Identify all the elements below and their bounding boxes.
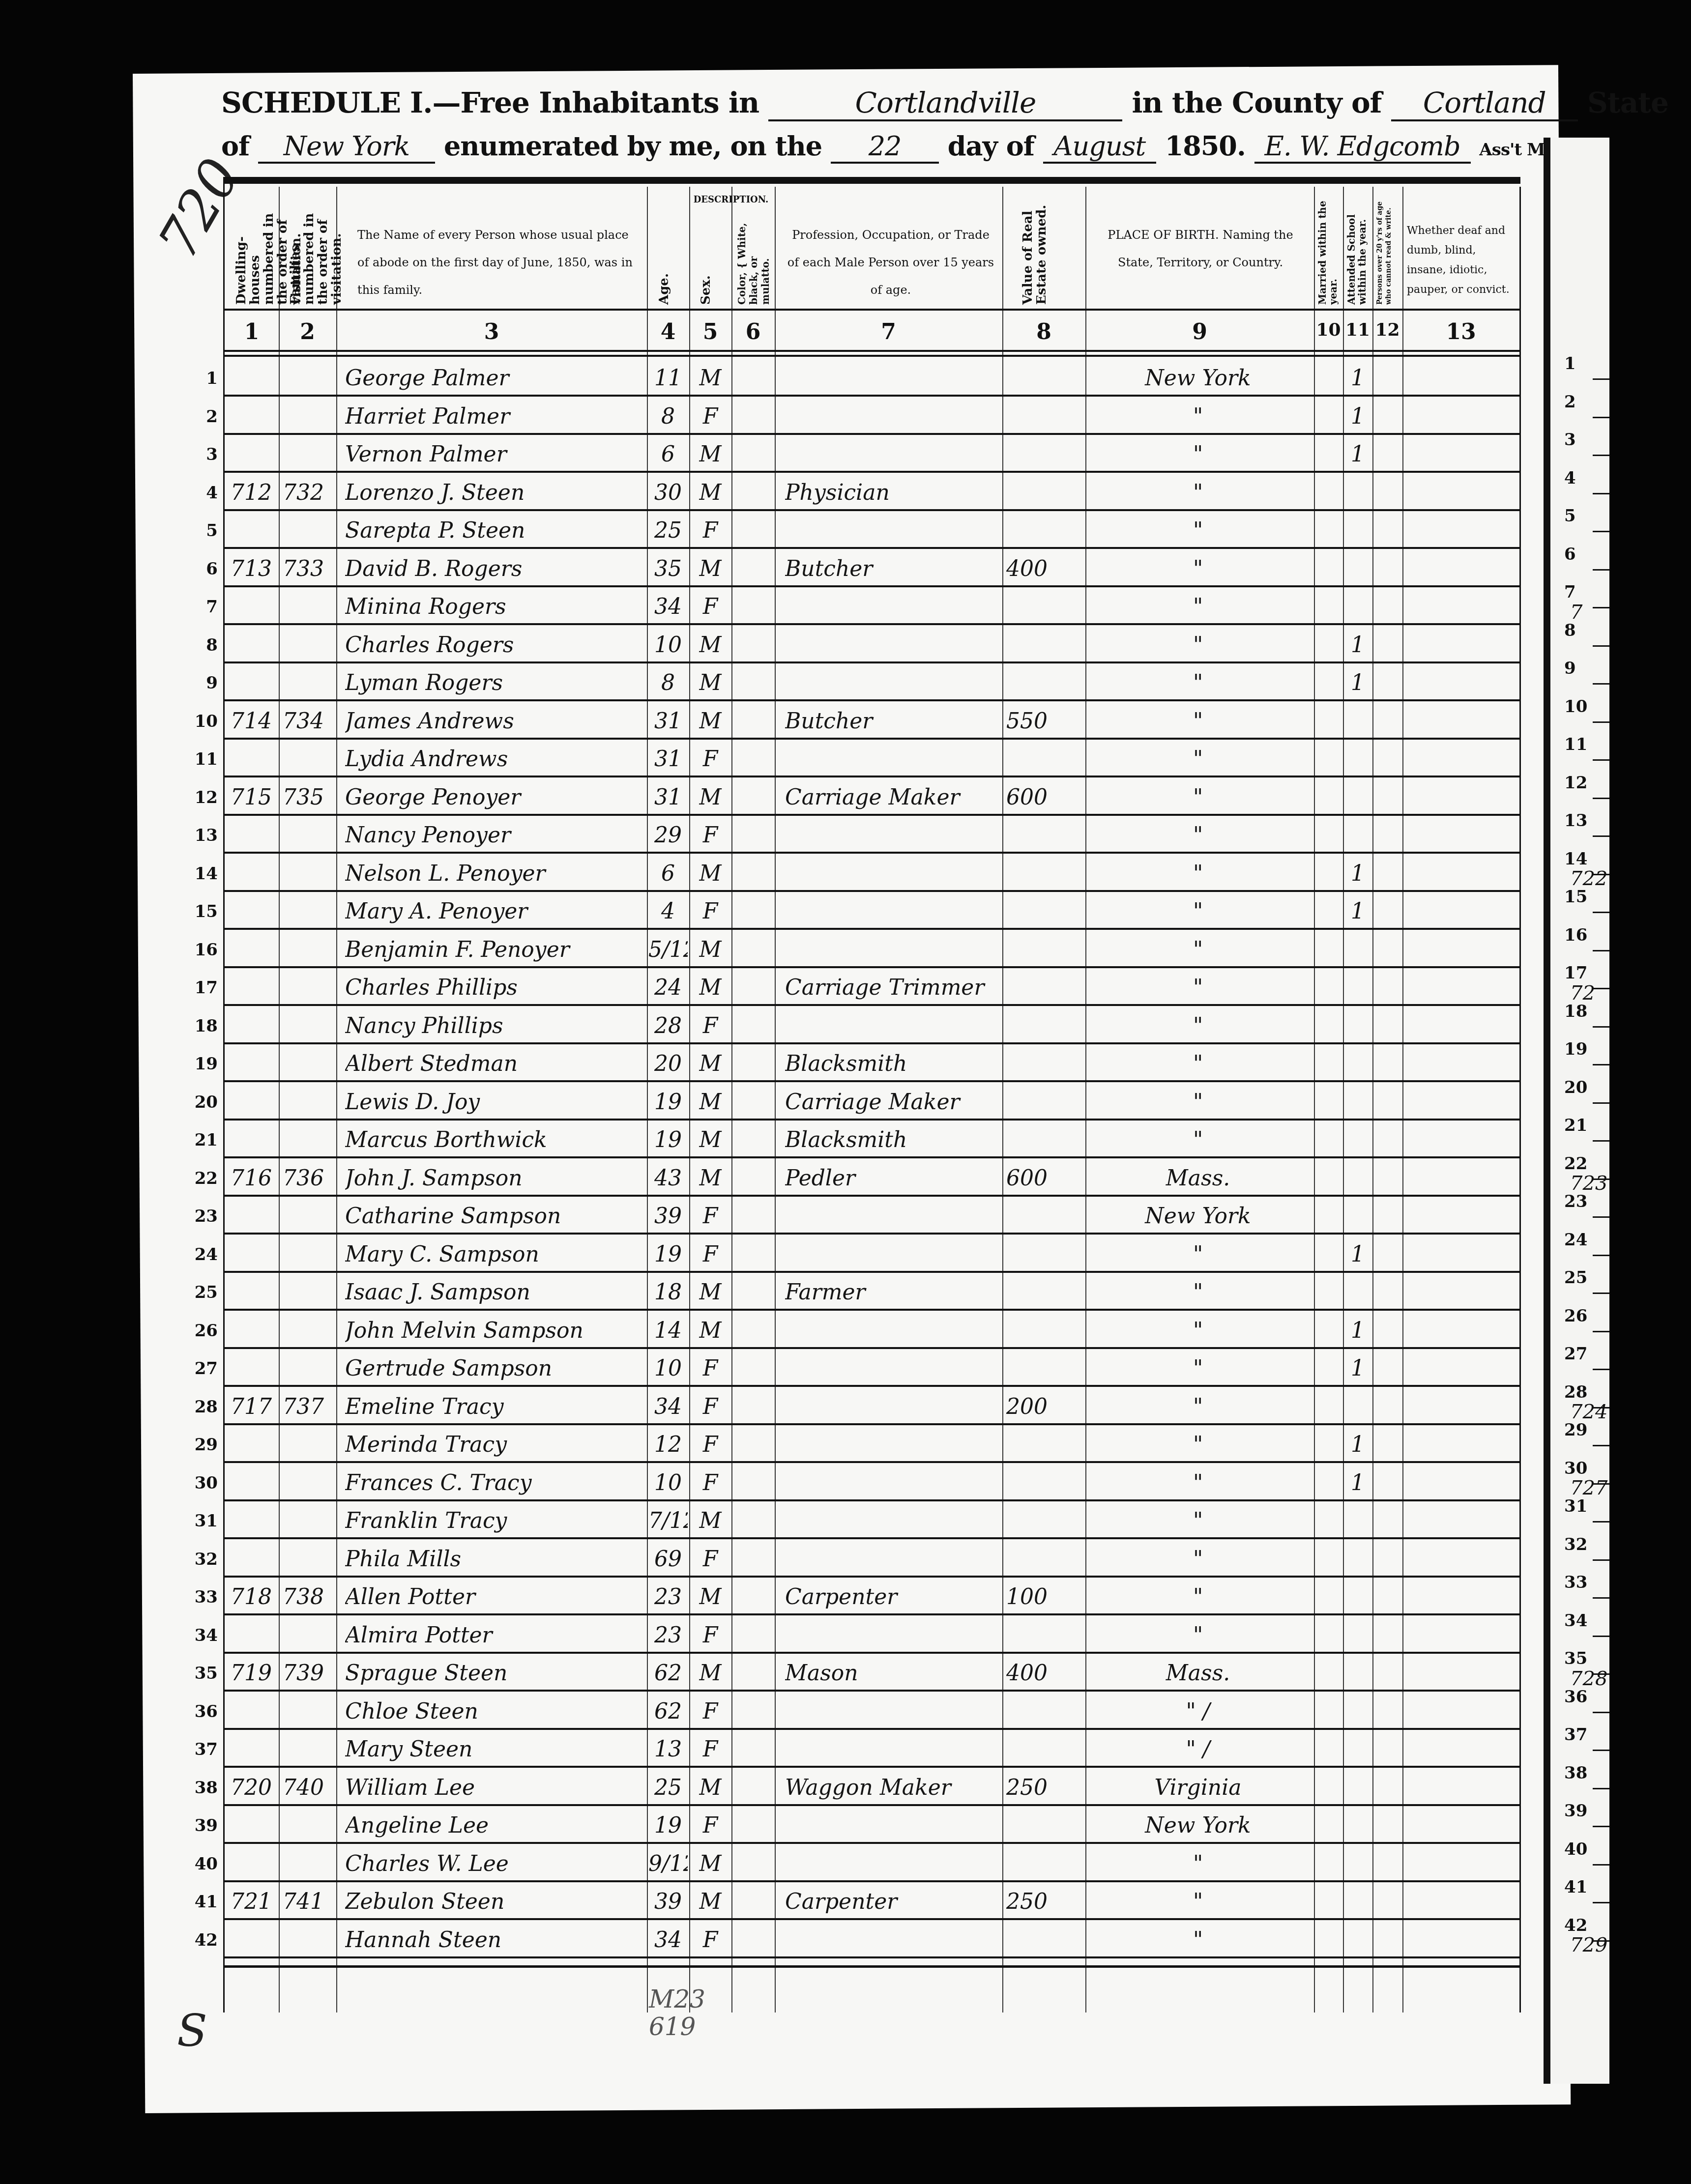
person-name: Franklin Tracy (345, 1508, 640, 1538)
family-number (283, 1127, 337, 1157)
birthplace: " (1090, 1051, 1306, 1081)
attended-school (1343, 785, 1372, 814)
adjacent-dwelling-note: 722 (1570, 867, 1607, 890)
attended-school (1343, 1813, 1372, 1842)
age: 25 (648, 518, 688, 547)
attended-school (1343, 1699, 1372, 1728)
dwelling-number (231, 1737, 280, 1766)
real-estate-value: 600 (1006, 1166, 1080, 1195)
real-estate-value (1006, 1623, 1080, 1652)
real-estate-value: 550 (1006, 709, 1080, 738)
real-estate-value (1006, 1318, 1080, 1348)
dwelling-number (231, 1470, 280, 1500)
colnum-6: 6 (731, 319, 775, 345)
attended-school (1343, 1090, 1372, 1119)
birthplace: New York (1090, 1204, 1306, 1233)
sex: F (691, 1547, 730, 1576)
adjacent-line-number: 2 (1564, 392, 1576, 412)
header-dwelling: Dwelling-houses numbered in the order of… (234, 192, 278, 305)
age: 19 (648, 1090, 688, 1119)
colnum-rule-bottom (225, 355, 1520, 357)
line-number: 30 (190, 1473, 218, 1493)
dwelling-number (231, 1051, 280, 1081)
age: 7/12 (648, 1508, 688, 1538)
birthplace: New York (1090, 366, 1306, 395)
occupation (785, 937, 1001, 967)
header-married: Married within the year. (1317, 192, 1341, 305)
birthplace: " (1090, 1470, 1306, 1500)
dwelling-number (231, 1242, 280, 1271)
family-number (283, 1927, 337, 1957)
attended-school (1343, 480, 1372, 510)
real-estate-value (1006, 1699, 1080, 1728)
header-disability: Whether deaf and dumb, blind, insane, id… (1407, 221, 1517, 300)
occupation (785, 899, 1001, 928)
person-name: Almira Potter (345, 1623, 640, 1652)
real-estate-value (1006, 632, 1080, 662)
colnum-13: 13 (1402, 319, 1519, 345)
county-label: in the County of (1132, 86, 1382, 119)
real-estate-value (1006, 747, 1080, 776)
sex: M (691, 632, 730, 662)
attended-school: 1 (1343, 1470, 1372, 1500)
person-name: Merinda Tracy (345, 1432, 640, 1462)
table-row: 29Merinda Tracy12F"1 (225, 1425, 1520, 1463)
family-number (283, 899, 337, 928)
row-rule (225, 623, 1520, 625)
adjacent-line-number: 9 (1564, 659, 1576, 678)
adjacent-line-number: 22 (1564, 1154, 1587, 1174)
adjacent-line-number: 12 (1564, 773, 1587, 793)
person-name: Allen Potter (345, 1584, 640, 1614)
occupation (785, 442, 1001, 471)
row-rule (225, 776, 1520, 777)
dwelling-number (231, 1013, 280, 1043)
sex: F (691, 1356, 730, 1385)
real-estate-value (1006, 1242, 1080, 1271)
line-number: 40 (190, 1854, 218, 1874)
age: 39 (648, 1204, 688, 1233)
family-number (283, 1547, 337, 1576)
age: 18 (648, 1280, 688, 1309)
sex: M (691, 1775, 730, 1805)
enumerated-label: enumerated by me, on the (444, 130, 822, 162)
adjacent-line-number: 27 (1564, 1344, 1587, 1364)
person-name: Marcus Borthwick (345, 1127, 640, 1157)
adjacent-row-rule (1593, 378, 1609, 380)
attended-school (1343, 1394, 1372, 1424)
attended-school (1343, 937, 1372, 967)
adjacent-line-number: 32 (1564, 1535, 1587, 1554)
sex: M (691, 1280, 730, 1309)
family-number (283, 975, 337, 1005)
dwelling-number (231, 937, 280, 967)
adjacent-line-number: 16 (1564, 925, 1587, 945)
age: 35 (648, 556, 688, 586)
age: 19 (648, 1127, 688, 1157)
family-number (283, 747, 337, 776)
birthplace: " (1090, 594, 1306, 624)
sex: M (691, 785, 730, 814)
table-row: 33718738Allen Potter23MCarpenter100" (225, 1578, 1520, 1615)
adjacent-row-rule (1593, 531, 1609, 532)
dwelling-number (231, 823, 280, 852)
birthplace: " / (1090, 1699, 1306, 1728)
colnum-rule-top (225, 350, 1520, 352)
dwelling-number: 720 (231, 1775, 280, 1805)
header-description: DESCRIPTION. (689, 192, 773, 208)
table-row: 13Nancy Penoyer29F" (225, 816, 1520, 854)
adjacent-row-rule (1593, 1140, 1609, 1142)
attended-school (1343, 1737, 1372, 1766)
sex: M (691, 1851, 730, 1881)
row-rule (225, 1690, 1520, 1692)
line-number: 36 (190, 1702, 218, 1722)
dwelling-number (231, 594, 280, 624)
person-name: Frances C. Tracy (345, 1470, 640, 1500)
table-row: 28717737Emeline Tracy34F200" (225, 1387, 1520, 1425)
row-rule (225, 1423, 1520, 1425)
age: 11 (648, 366, 688, 395)
dwelling-number (231, 861, 280, 891)
real-estate-value (1006, 1851, 1080, 1881)
age: 34 (648, 1927, 688, 1957)
table-row: 18Nancy Phillips28F" (225, 1006, 1520, 1044)
table-row: 14Nelson L. Penoyer6M"1 (225, 854, 1520, 892)
birthplace: " (1090, 861, 1306, 891)
family-number: 737 (283, 1394, 337, 1424)
line-number: 9 (190, 673, 218, 693)
family-number (283, 1013, 337, 1043)
adjacent-dwelling-note: 728 (1570, 1667, 1607, 1690)
table-row: 41721741Zebulon Steen39MCarpenter250" (225, 1882, 1520, 1920)
dwelling-number: 713 (231, 556, 280, 586)
adjacent-row-rule (1593, 1293, 1609, 1294)
family-number (283, 404, 337, 433)
row-rule (225, 471, 1520, 473)
occupation (785, 1623, 1001, 1652)
attended-school: 1 (1343, 366, 1372, 395)
table-row: 20Lewis D. Joy19MCarriage Maker" (225, 1083, 1520, 1121)
birthplace: " (1090, 1280, 1306, 1309)
occupation: Waggon Maker (785, 1775, 1001, 1805)
dwelling-number (231, 404, 280, 433)
adjacent-dwelling-note: 724 (1570, 1401, 1607, 1423)
age: 25 (648, 1775, 688, 1805)
birthplace: " (1090, 1090, 1306, 1119)
real-estate-value: 400 (1006, 1661, 1080, 1690)
age: 8 (648, 670, 688, 700)
person-name: Lewis D. Joy (345, 1090, 640, 1119)
adjacent-line-number: 1 (1564, 354, 1576, 374)
attended-school: 1 (1343, 670, 1372, 700)
person-name: David B. Rogers (345, 556, 640, 586)
real-estate-value (1006, 899, 1080, 928)
adjacent-line-number: 5 (1564, 506, 1576, 526)
row-rule (225, 585, 1520, 587)
sex: F (691, 1013, 730, 1043)
adjacent-row-rule (1593, 1864, 1609, 1866)
state-label: State (1587, 86, 1668, 119)
dwelling-number (231, 1813, 280, 1842)
table-row: 3Vernon Palmer6M"1 (225, 435, 1520, 473)
sex: M (691, 1090, 730, 1119)
attended-school: 1 (1343, 404, 1372, 433)
line-number: 24 (190, 1245, 218, 1264)
colnum-7: 7 (775, 319, 1002, 345)
birthplace: Mass. (1090, 1166, 1306, 1195)
header-top-rule (225, 177, 1520, 184)
occupation (785, 747, 1001, 776)
dwelling-number: 714 (231, 709, 280, 738)
family-number (283, 937, 337, 967)
adjacent-row-rule (1593, 912, 1609, 913)
age: 34 (648, 594, 688, 624)
header-birthplace: PLACE OF BIRTH. Naming the State, Territ… (1095, 221, 1306, 276)
attended-school: 1 (1343, 632, 1372, 662)
family-number: 738 (283, 1584, 337, 1614)
year-label: 1850. (1165, 130, 1246, 162)
line-number: 31 (190, 1511, 218, 1531)
occupation (785, 1927, 1001, 1957)
family-number (283, 1051, 337, 1081)
row-rule (225, 509, 1520, 511)
age: 69 (648, 1547, 688, 1576)
sex: F (691, 1699, 730, 1728)
row-rule (225, 1385, 1520, 1387)
sex: M (691, 975, 730, 1005)
person-name: Lydia Andrews (345, 747, 640, 776)
sex: F (691, 1737, 730, 1766)
occupation: Pedler (785, 1166, 1001, 1195)
real-estate-value (1006, 823, 1080, 852)
attended-school (1343, 556, 1372, 586)
family-number: 741 (283, 1889, 337, 1919)
adjacent-line-number: 4 (1564, 468, 1576, 488)
age: 5/12 (648, 937, 688, 967)
person-name: Emeline Tracy (345, 1394, 640, 1424)
adjacent-line-number: 34 (1564, 1611, 1587, 1631)
adjacent-line-number: 30 (1564, 1459, 1587, 1478)
table-row: 15Mary A. Penoyer4F"1 (225, 892, 1520, 930)
table-row: 11Lydia Andrews31F" (225, 740, 1520, 777)
table-row: 2Harriet Palmer8F"1 (225, 397, 1520, 435)
line-number: 39 (190, 1816, 218, 1836)
real-estate-value: 250 (1006, 1889, 1080, 1919)
line-number: 2 (190, 407, 218, 427)
person-name: George Penoyer (345, 785, 640, 814)
age: 6 (648, 442, 688, 471)
birthplace: " (1090, 1394, 1306, 1424)
row-rule (225, 1499, 1520, 1501)
attended-school (1343, 1775, 1372, 1805)
family-number (283, 1813, 337, 1842)
age: 10 (648, 632, 688, 662)
adjacent-line-number: 17 (1564, 963, 1587, 983)
person-name: Mary Steen (345, 1737, 640, 1766)
dwelling-number (231, 670, 280, 700)
row-rule (225, 1652, 1520, 1654)
table-row: 17Charles Phillips24MCarriage Trimmer" (225, 968, 1520, 1006)
person-name: Hannah Steen (345, 1927, 640, 1957)
attended-school: 1 (1343, 1242, 1372, 1271)
occupation: Farmer (785, 1280, 1001, 1309)
occupation: Butcher (785, 709, 1001, 738)
attended-school (1343, 975, 1372, 1005)
table-row: 34Almira Potter23F" (225, 1616, 1520, 1654)
person-name: Isaac J. Sampson (345, 1280, 640, 1309)
birthplace: " (1090, 1851, 1306, 1881)
occupation (785, 1318, 1001, 1348)
family-number (283, 1432, 337, 1462)
line-number: 35 (190, 1664, 218, 1683)
attended-school (1343, 1508, 1372, 1538)
dwelling-number: 718 (231, 1584, 280, 1614)
family-number (283, 1242, 337, 1271)
row-rule (225, 433, 1520, 435)
person-name: Phila Mills (345, 1547, 640, 1576)
month-field: August (1043, 131, 1156, 164)
table-row: 40Charles W. Lee9/12M" (225, 1844, 1520, 1882)
family-number (283, 1204, 337, 1233)
adjacent-row-rule (1593, 1521, 1609, 1523)
row-rule (225, 1004, 1520, 1006)
family-number: 734 (283, 709, 337, 738)
line-number: 25 (190, 1283, 218, 1302)
line-number: 4 (190, 483, 218, 503)
table-row: 10714734James Andrews31MButcher550" (225, 702, 1520, 740)
table-row: 9Lyman Rogers8M"1 (225, 663, 1520, 701)
header-school: Attended School within the year. (1346, 192, 1370, 305)
real-estate-value (1006, 1737, 1080, 1766)
real-estate-value (1006, 975, 1080, 1005)
sex: F (691, 1813, 730, 1842)
age: 23 (648, 1584, 688, 1614)
line-number: 12 (190, 788, 218, 807)
dwelling-number: 712 (231, 480, 280, 510)
table-row: 31Franklin Tracy7/12M" (225, 1501, 1520, 1539)
dwelling-number: 715 (231, 785, 280, 814)
adjacent-line-number: 25 (1564, 1268, 1587, 1288)
adjacent-line-number: 35 (1564, 1649, 1587, 1668)
occupation (785, 1699, 1001, 1728)
family-number (283, 1623, 337, 1652)
stamp-line-2: 619 (649, 2013, 705, 2040)
real-estate-value (1006, 1547, 1080, 1576)
table-row: 12715735George Penoyer31MCarriage Maker6… (225, 778, 1520, 816)
birthplace: " (1090, 1623, 1306, 1652)
age: 13 (648, 1737, 688, 1766)
attended-school: 1 (1343, 442, 1372, 471)
day-field: 22 (831, 131, 939, 164)
sex: F (691, 1242, 730, 1271)
birthplace: " (1090, 404, 1306, 433)
dwelling-number: 716 (231, 1166, 280, 1195)
adjacent-line-number: 23 (1564, 1192, 1587, 1211)
occupation (785, 1394, 1001, 1424)
line-number: 17 (190, 978, 218, 998)
adjacent-row-rule (1593, 1064, 1609, 1065)
table-bottom-rule (225, 1965, 1520, 1968)
family-number: 735 (283, 785, 337, 814)
dwelling-number (231, 1356, 280, 1385)
occupation: Carpenter (785, 1584, 1001, 1614)
person-name: Catharine Sampson (345, 1204, 640, 1233)
birthplace: " (1090, 1356, 1306, 1385)
line-number: 18 (190, 1016, 218, 1036)
occupation (785, 518, 1001, 547)
occupation (785, 1508, 1001, 1538)
age: 14 (648, 1318, 688, 1348)
dwelling-number (231, 1508, 280, 1538)
adjacent-row-rule (1593, 1559, 1609, 1561)
adjacent-row-rule (1593, 1102, 1609, 1104)
line-number: 16 (190, 940, 218, 960)
line-number: 8 (190, 635, 218, 655)
sex: F (691, 1204, 730, 1233)
of-label: of (221, 130, 249, 162)
table-row: 42Hannah Steen34F" (225, 1921, 1520, 1958)
adjacent-row-rule (1593, 569, 1609, 571)
adjacent-line-number: 37 (1564, 1725, 1587, 1745)
person-name: George Palmer (345, 366, 640, 395)
dwelling-number (231, 1699, 280, 1728)
line-number: 33 (190, 1587, 218, 1607)
table-row: 39Angeline Lee19FNew York (225, 1806, 1520, 1844)
occupation (785, 1204, 1001, 1233)
real-estate-value (1006, 518, 1080, 547)
dwelling-number (231, 1204, 280, 1233)
adjacent-dwelling-note: 72 (1570, 982, 1595, 1005)
adjacent-row-rule (1593, 1712, 1609, 1713)
birthplace: " (1090, 1127, 1306, 1157)
table-row: 26John Melvin Sampson14M"1 (225, 1311, 1520, 1349)
adjacent-line-number: 41 (1564, 1877, 1587, 1897)
age: 19 (648, 1242, 688, 1271)
person-name: Lorenzo J. Steen (345, 480, 640, 510)
occupation: Carriage Maker (785, 1090, 1001, 1119)
birthplace: New York (1090, 1813, 1306, 1842)
real-estate-value (1006, 1090, 1080, 1119)
person-name: John Melvin Sampson (345, 1318, 640, 1348)
line-number: 1 (190, 369, 218, 388)
age: 31 (648, 709, 688, 738)
line-number: 21 (190, 1130, 218, 1150)
real-estate-value (1006, 1013, 1080, 1043)
adjacent-row-rule (1593, 1331, 1609, 1332)
row-rule (225, 1576, 1520, 1578)
adjacent-line-number: 10 (1564, 697, 1587, 717)
real-estate-value (1006, 1280, 1080, 1309)
occupation: Physician (785, 480, 1001, 510)
sex: F (691, 1623, 730, 1652)
header-color: Color, { White, black, or mulatto. (736, 216, 773, 305)
person-name: Nancy Penoyer (345, 823, 640, 852)
sex: M (691, 1508, 730, 1538)
colnum-5: 5 (689, 319, 731, 345)
family-number (283, 1090, 337, 1119)
line-number: 28 (190, 1397, 218, 1417)
person-name: Angeline Lee (345, 1813, 640, 1842)
family-number (283, 1699, 337, 1728)
attended-school (1343, 518, 1372, 547)
attended-school (1343, 1661, 1372, 1690)
table-row: 38720740William Lee25MWaggon Maker250Vir… (225, 1768, 1520, 1806)
sex: F (691, 899, 730, 928)
birthplace: " / (1090, 1737, 1306, 1766)
family-number: 736 (283, 1166, 337, 1195)
row-rule (225, 1613, 1520, 1615)
